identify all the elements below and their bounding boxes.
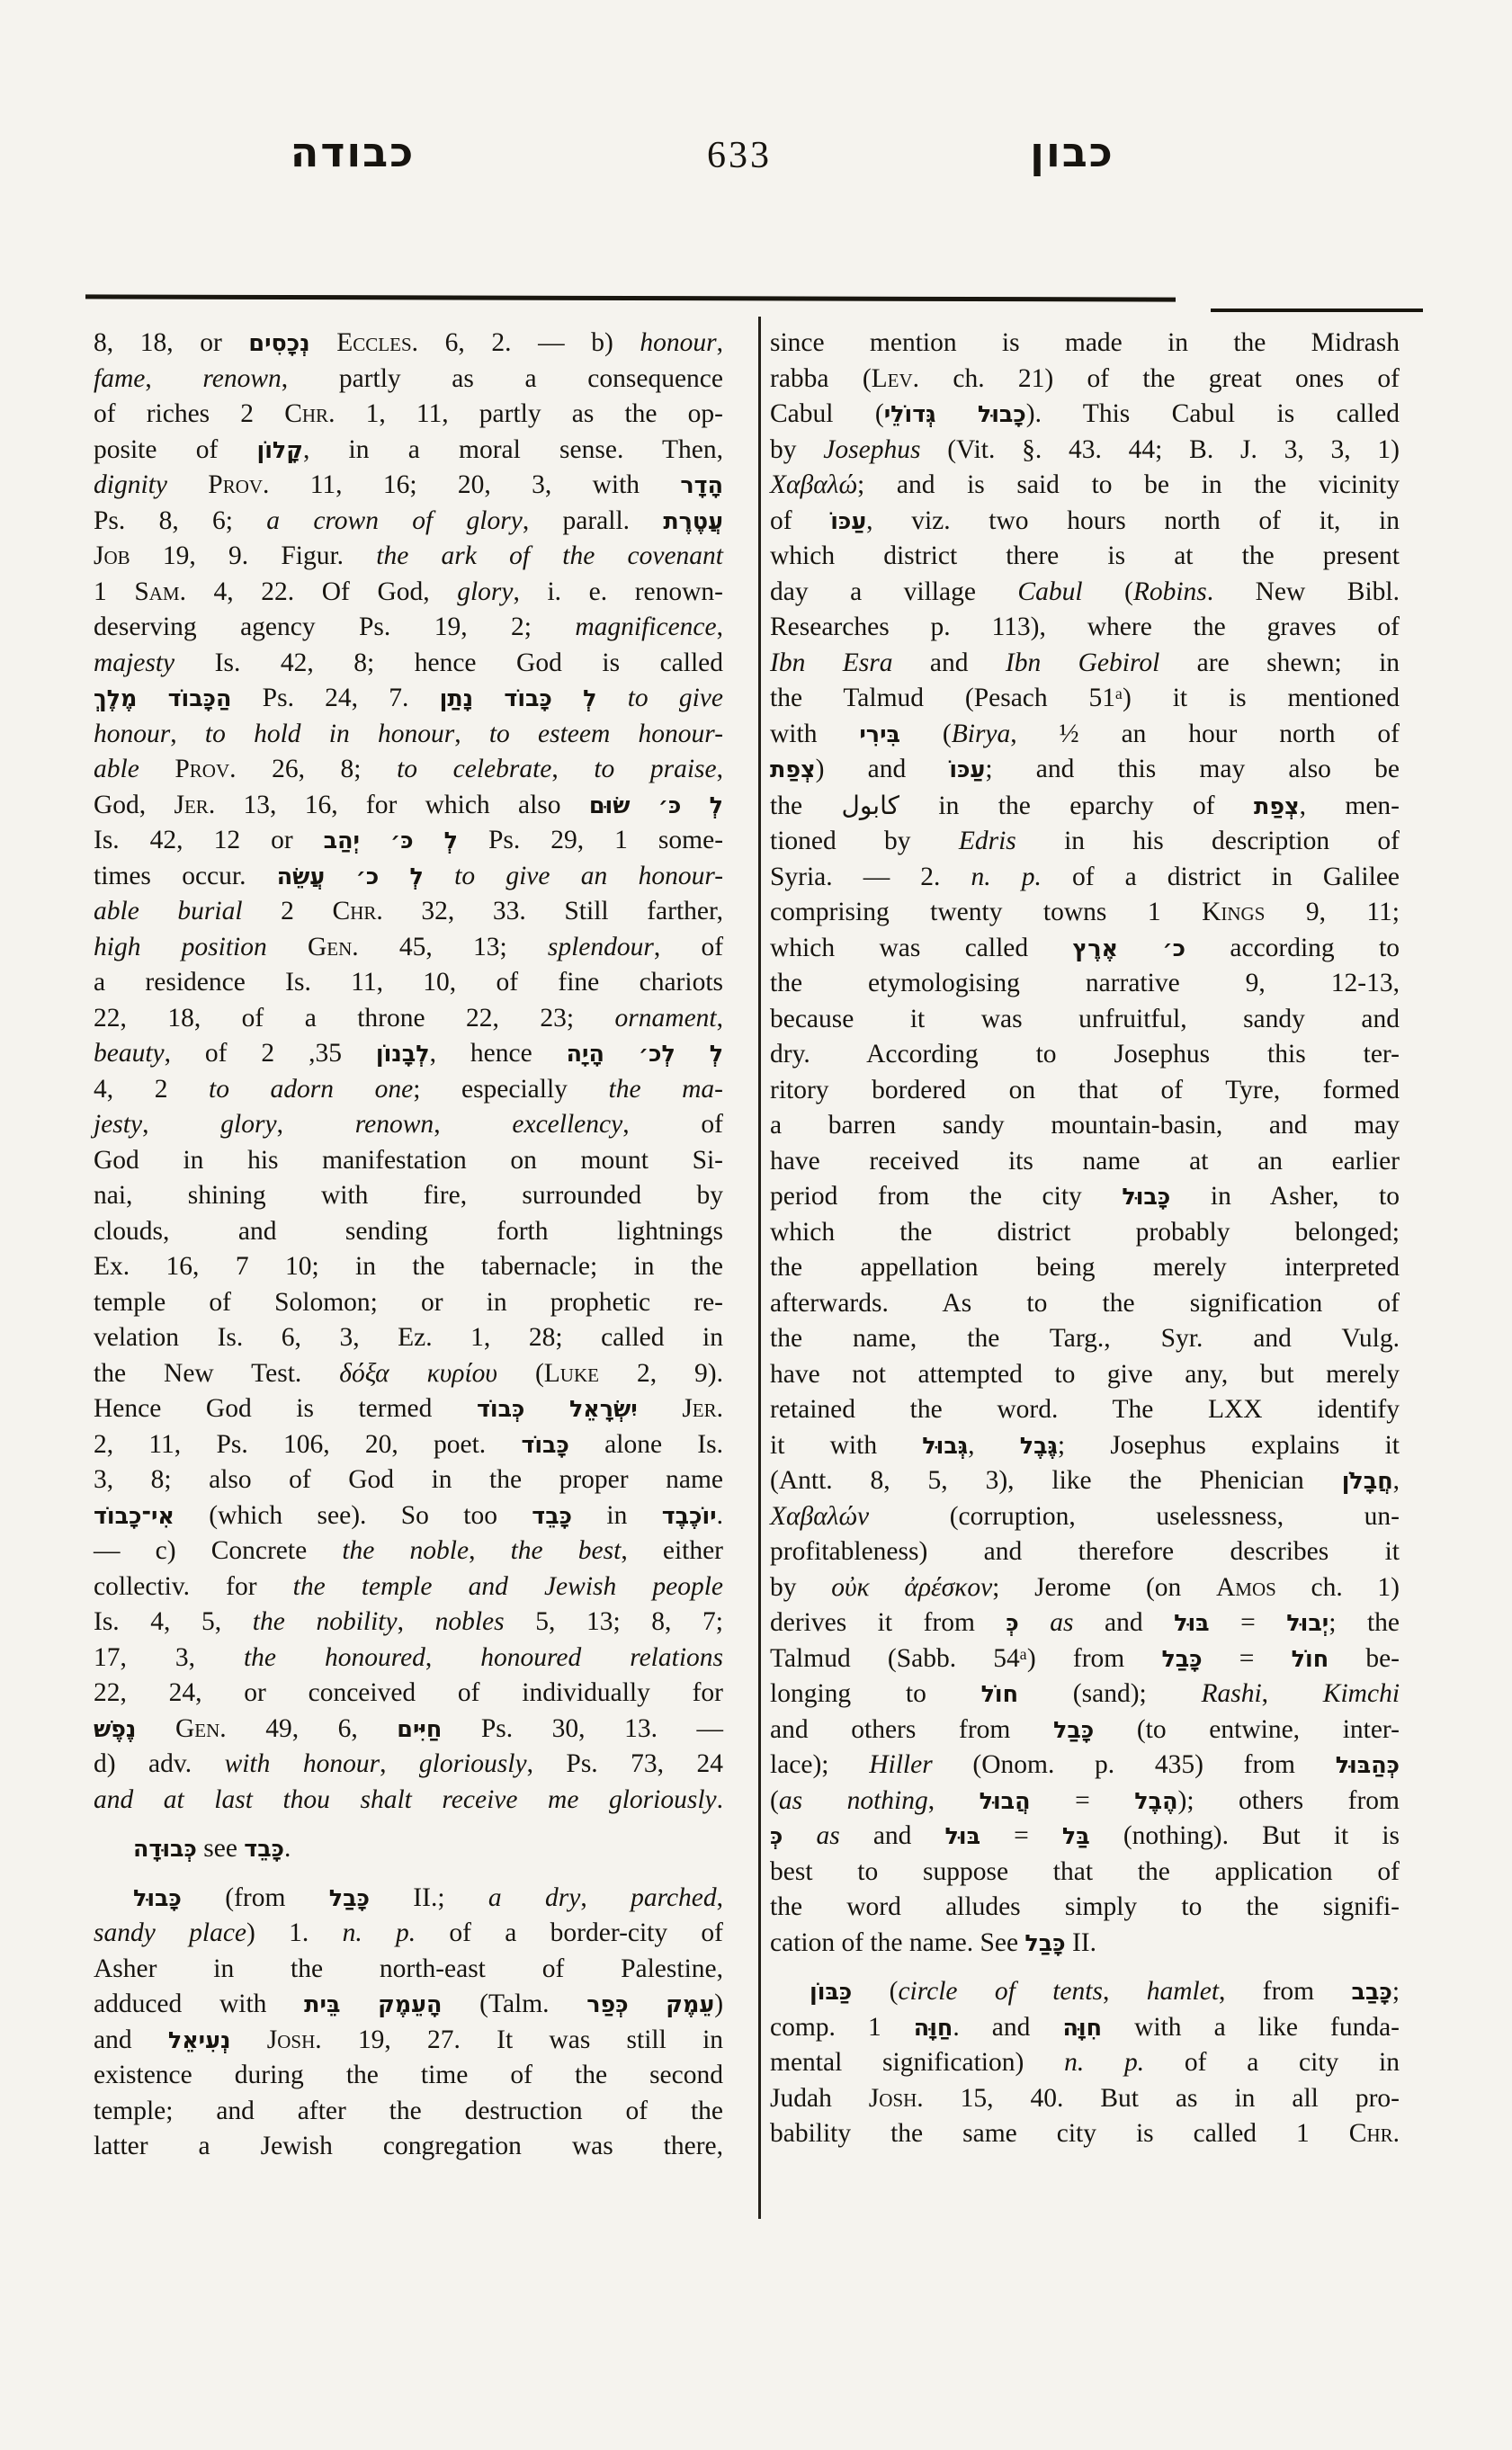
hebrew-text: עַכּוֹ bbox=[830, 507, 866, 534]
arabic-text: كابول bbox=[841, 791, 899, 820]
hebrew-text: כָּבֵד bbox=[532, 1502, 572, 1529]
text-line: comprising twenty towns 1 Kings 9, 11; bbox=[770, 895, 1400, 931]
hebrew-text: מֶלֶךְ bbox=[94, 684, 137, 711]
text-line: which the district probably belonged; bbox=[770, 1215, 1400, 1251]
text-line: by Josephus (Vit. §. 43. 44; B. J. 3, 3,… bbox=[770, 433, 1400, 469]
text-line: lace); Hiller (Onom. p. 435) from כְּהַב… bbox=[770, 1748, 1400, 1784]
text-line: able burial 2 Chr. 32, 33. Still farther… bbox=[94, 894, 723, 930]
text-line: 22, 24, or conceived of individually for bbox=[94, 1676, 723, 1712]
text-line: Syria. — 2. n. p. of a district in Galil… bbox=[770, 860, 1400, 896]
text-line: the etymologising narrative 9, 12-13, bbox=[770, 966, 1400, 1002]
hebrew-text: עֲשֵׂה bbox=[277, 863, 326, 890]
hebrew-text: כָּבַב bbox=[1352, 1978, 1392, 2005]
text-line: the Talmud (Pesach 51ᵃ) it is mentioned bbox=[770, 681, 1400, 717]
hebrew-text: לְ bbox=[409, 863, 423, 890]
hebrew-text: חִוָּה bbox=[1062, 2014, 1102, 2041]
text-line: dignity Prov. 11, 16; 20, 3, with הָדָר bbox=[94, 468, 723, 504]
hebrew-text: הֲבוּל bbox=[980, 1787, 1031, 1814]
text-line: the كابول in the eparchy of צְפַת, men- bbox=[770, 788, 1400, 825]
hebrew-text: חֲבָלֹן bbox=[1342, 1467, 1393, 1494]
text-line: which was called אֶרֶץ‎ כ׳ according to bbox=[770, 931, 1400, 967]
text-line: sandy place) 1. n. p. of a border-city o… bbox=[94, 1916, 723, 1952]
text-line: bability the same city is called 1 Chr. bbox=[770, 2116, 1400, 2152]
text-line: with בִּירִי (Birya, ½ an hour north of bbox=[770, 717, 1400, 753]
text-line: 4, 2 to adorn one; especially the ma- bbox=[94, 1072, 723, 1108]
header-catchword-right: כבון bbox=[1030, 131, 1114, 173]
paragraph: כְּבוּדָה see כָּבֵד. bbox=[94, 1831, 723, 1867]
hebrew-text: כָּבוֹד bbox=[521, 1431, 568, 1458]
text-line: Judah Josh. 15, 40. But as in all pro- bbox=[770, 2081, 1400, 2117]
text-line: deserving agency Ps. 19, 2; magnificence… bbox=[94, 610, 723, 646]
text-line: God in his manifestation on mount Si- bbox=[94, 1143, 723, 1179]
text-line: מֶלֶךְ‎ הַכָּבוֹד Ps. 24, 7. נָתַן‎ כָּב… bbox=[94, 681, 723, 717]
hebrew-text: נְעִיאֵל bbox=[168, 2026, 231, 2053]
text-line: נֶפֶשׁ Gen. 49, 6, חַיִּים Ps. 30, 13. — bbox=[94, 1712, 723, 1748]
lexicon-page: כבודה 633 כבון 8, 18, or נְכָסִים Eccles… bbox=[0, 0, 1512, 2450]
text-line: tioned by Edris in his description of bbox=[770, 824, 1400, 860]
text-line: Cabul (גְּדוֹלֵי‎ כָבוּל). This Cabul is… bbox=[770, 397, 1400, 433]
text-line: 1 Sam. 4, 22. Of God, glory, i. e. renow… bbox=[94, 575, 723, 611]
text-line: retained the word. The LXX identify bbox=[770, 1392, 1400, 1428]
text-line: אִי־כָבוֹד (which see). So too כָּבֵד in… bbox=[94, 1498, 723, 1534]
text-line: Hence God is termed כְּבוֹד‎ יִשְׂרָאֵל … bbox=[94, 1391, 723, 1427]
text-line: high position Gen. 45, 13; splendour, of bbox=[94, 930, 723, 966]
hebrew-text: קָלוֹן bbox=[257, 436, 303, 463]
text-line: Χαβαλών (corruption, uselessness, un- bbox=[770, 1499, 1400, 1535]
text-line: best to suppose that the application of bbox=[770, 1855, 1400, 1891]
text-line: temple; and after the destruction of the bbox=[94, 2094, 723, 2130]
hebrew-text: יוֹכֶבֶד bbox=[662, 1502, 717, 1529]
hebrew-text: בּוּל bbox=[945, 1822, 981, 1849]
hebrew-text: חוֹל bbox=[981, 1680, 1018, 1707]
hebrew-text: גֶּבֶל bbox=[1020, 1432, 1058, 1459]
hebrew-text: כְּבוּדָה bbox=[133, 1835, 197, 1862]
hebrew-text: חוֹל bbox=[1292, 1645, 1329, 1672]
text-line: which district there is at the present bbox=[770, 539, 1400, 575]
text-line: adduced with בֵּית‎ הָעֵמֶק (Talm. כְּפַ… bbox=[94, 1987, 723, 2023]
hebrew-text: לְ bbox=[710, 1040, 723, 1067]
hebrew-text: יִשְׂרָאֵל bbox=[569, 1395, 638, 1422]
hebrew-text: כְּ bbox=[770, 1822, 783, 1849]
text-line: and others from כָּבַל (to entwine, inte… bbox=[770, 1712, 1400, 1748]
text-line: period from the city כָּבוּל in Asher, t… bbox=[770, 1179, 1400, 1215]
text-line: derives it from כְּ as and בּוּל ‎=‎ יְב… bbox=[770, 1605, 1400, 1641]
hebrew-text: יְהַב bbox=[324, 827, 360, 854]
text-line: a residence Is. 11, 10, of fine chariots bbox=[94, 965, 723, 1001]
hebrew-text: כָבוּל bbox=[978, 400, 1026, 427]
hebrew-text: כּ׳ bbox=[658, 791, 682, 818]
hebrew-text: כָּבַל bbox=[1053, 1716, 1094, 1743]
text-line: Is. 4, 5, the nobility, nobles 5, 13; 8,… bbox=[94, 1605, 723, 1641]
hebrew-text: אִי־כָבוֹד bbox=[94, 1502, 174, 1529]
hebrew-text: לְ bbox=[583, 684, 596, 711]
text-line: and נְעִיאֵל Josh. 19, 27. It was still … bbox=[94, 2023, 723, 2059]
page-number: 633 bbox=[707, 137, 772, 174]
hebrew-text: לְ bbox=[444, 827, 458, 854]
hebrew-text: כ׳ bbox=[356, 863, 380, 890]
text-line: posite of קָלוֹן, in a moral sense. Then… bbox=[94, 433, 723, 469]
hebrew-text: כָּבוֹד bbox=[504, 684, 551, 711]
hebrew-text: הָדָר bbox=[680, 471, 723, 498]
paragraph: כָּבוּל (from כָּבַל II.; a dry, parched… bbox=[94, 1881, 723, 2165]
text-line: and at last thou shalt receive me glorio… bbox=[94, 1783, 723, 1819]
text-line: Ibn Esra and Ibn Gebirol are shewn; in bbox=[770, 646, 1400, 682]
hebrew-text: כָּבֵד bbox=[244, 1835, 284, 1862]
text-line: because it was unfruitful, sandy and bbox=[770, 1002, 1400, 1038]
left-column: 8, 18, or נְכָסִים Eccles. 6, 2. — b) ho… bbox=[94, 326, 723, 2165]
hebrew-text: נָתַן bbox=[440, 684, 474, 711]
text-line: mental signification) n. p. of a city in bbox=[770, 2045, 1400, 2081]
paragraph: כַּבּוֹן (circle of tents, hamlet, from … bbox=[770, 1974, 1400, 2152]
hebrew-text: צְפַת bbox=[770, 756, 816, 782]
text-line: כַּבּוֹן (circle of tents, hamlet, from … bbox=[770, 1974, 1400, 2010]
text-line: have received its name at an earlier bbox=[770, 1144, 1400, 1180]
hebrew-text: בַּל bbox=[1062, 1822, 1090, 1849]
text-line: afterwards. As to the signification of bbox=[770, 1286, 1400, 1322]
hebrew-text: לְ bbox=[710, 791, 723, 818]
hebrew-text: כָּבַל bbox=[329, 1884, 370, 1911]
text-line: 22, 18, of a throne 22, 23; ornament, bbox=[94, 1001, 723, 1037]
hebrew-text: כָּבוּל bbox=[133, 1884, 182, 1911]
text-line: cation of the name. See כָּבַל II. bbox=[770, 1926, 1400, 1962]
text-line: כְּבוּדָה see כָּבֵד. bbox=[94, 1831, 723, 1867]
text-line: צְפַת) and עַכּוֹ; and this may also be bbox=[770, 752, 1400, 788]
hebrew-text: צְפַת bbox=[1254, 792, 1300, 819]
text-line: dry. According to Josephus this ter- bbox=[770, 1037, 1400, 1073]
text-line: Job 19, 9. Figur. the ark of the covenan… bbox=[94, 539, 723, 575]
text-line: d) adv. with honour, gloriously, Ps. 73,… bbox=[94, 1747, 723, 1783]
hebrew-text: שׂוּם bbox=[589, 791, 631, 818]
hebrew-text: בִּירִי bbox=[859, 720, 900, 747]
hebrew-text: כַּבּוֹן bbox=[810, 1978, 852, 2005]
hebrew-text: בּוּל bbox=[1174, 1609, 1210, 1636]
text-line: by οὐκ ἀρέσκον; Jerome (on Amos ch. 1) bbox=[770, 1570, 1400, 1606]
text-line: day a village Cabul (Robins. New Bibl. bbox=[770, 575, 1400, 611]
hebrew-text: עֵמֶק bbox=[666, 1990, 714, 2017]
paragraph: 8, 18, or נְכָסִים Eccles. 6, 2. — b) ho… bbox=[94, 326, 723, 1818]
text-line: clouds, and sending forth lightnings bbox=[94, 1214, 723, 1250]
text-line: Researches p. 113), where the graves of bbox=[770, 610, 1400, 646]
text-line: Χαβαλώ; and is said to be in the vicinit… bbox=[770, 468, 1400, 504]
text-line: profitableness) and therefore describes … bbox=[770, 1534, 1400, 1570]
hebrew-text: חַוָּה bbox=[914, 2014, 953, 2041]
hebrew-text: כָּבוּל bbox=[1122, 1183, 1170, 1210]
text-line: כְּ as and בּוּל ‎=‎ בַּל (nothing). But… bbox=[770, 1819, 1400, 1855]
text-line: כָּבוּל (from כָּבַל II.; a dry, parched… bbox=[94, 1881, 723, 1917]
hebrew-text: גְּבוּל bbox=[922, 1432, 968, 1459]
text-line: Is. 42, 12 or יְהַב‎ כּ׳‎ לְ Ps. 29, 1 s… bbox=[94, 823, 723, 859]
text-line: times occur. עֲשֵׂה‎ כ׳‎ לְ to give an h… bbox=[94, 859, 723, 895]
text-line: the appellation being merely interpreted bbox=[770, 1250, 1400, 1286]
hebrew-text: עֲטֶרֶת bbox=[663, 507, 723, 534]
hebrew-text: הֶבֶל bbox=[1134, 1787, 1177, 1814]
header-rule-right bbox=[1211, 308, 1423, 312]
text-line: beauty, of לְבָנוֹן 35, 2, hence הָיָה‎ … bbox=[94, 1036, 723, 1072]
text-line: collectiv. for the temple and Jewish peo… bbox=[94, 1569, 723, 1605]
text-line: jesty, glory, renown, excellency, of bbox=[94, 1107, 723, 1143]
hebrew-text: כָּבַל bbox=[1024, 1929, 1065, 1956]
text-line: majesty Is. 42, 8; hence God is called bbox=[94, 646, 723, 682]
text-line: of עַכּוֹ, viz. two hours north of it, i… bbox=[770, 504, 1400, 540]
text-line: it with גְּבוּל,‎ גֶּבֶל; Josephus expla… bbox=[770, 1428, 1400, 1464]
hebrew-text: כָּבַל bbox=[1161, 1645, 1202, 1672]
text-line: the New Test. δόξα κυρίου (Luke 2, 9). bbox=[94, 1356, 723, 1392]
text-line: Ps. 8, 6; a crown of glory, parall. עֲטֶ… bbox=[94, 504, 723, 540]
paragraph: since mention is made in the Midrashrabb… bbox=[770, 326, 1400, 1961]
header-rule-left bbox=[85, 294, 1176, 301]
text-line: — c) Concrete the noble, the best, eithe… bbox=[94, 1533, 723, 1569]
text-line: existence during the time of the second bbox=[94, 2058, 723, 2094]
hebrew-text: נְכָסִים bbox=[248, 329, 309, 356]
text-line: 17, 3, the honoured, honoured relations bbox=[94, 1641, 723, 1677]
hebrew-text: כְּ bbox=[1006, 1609, 1018, 1636]
text-line: fame, renown, partly as a consequence bbox=[94, 362, 723, 398]
hebrew-text: הָיָה bbox=[567, 1040, 604, 1067]
text-line: 8, 18, or נְכָסִים Eccles. 6, 2. — b) ho… bbox=[94, 326, 723, 362]
text-line: 2, 11, Ps. 106, 20, poet. כָּבוֹד alone … bbox=[94, 1427, 723, 1463]
text-line: of riches 2 Chr. 1, 11, partly as the op… bbox=[94, 397, 723, 433]
hebrew-text: לְכ׳ bbox=[639, 1040, 675, 1067]
text-line: a barren sandy mountain-basin, and may bbox=[770, 1108, 1400, 1144]
column-divider bbox=[758, 317, 761, 2219]
hebrew-text: כ׳ bbox=[1162, 934, 1185, 961]
hebrew-text: הָעֵמֶק bbox=[378, 1990, 442, 2017]
text-line: the word alludes simply to the signifi- bbox=[770, 1890, 1400, 1926]
hebrew-text: כּ׳ bbox=[390, 827, 414, 854]
hebrew-text: יְבוּל bbox=[1286, 1609, 1329, 1636]
text-line: (as nothing, הֲבוּל ‎=‎ הֶבֶל); others f… bbox=[770, 1784, 1400, 1820]
text-line: 3, 8; also of God in the proper name bbox=[94, 1462, 723, 1498]
text-line: Talmud (Sabb. 54ᵃ) from כָּבַל ‎=‎ חוֹל … bbox=[770, 1641, 1400, 1677]
text-line: God, Jer. 13, 16, for which also שׂוּם‎ … bbox=[94, 788, 723, 824]
text-line: rabba (Lev. ch. 21) of the great ones of bbox=[770, 362, 1400, 398]
hebrew-text: אֶרֶץ bbox=[1073, 934, 1119, 961]
text-line: have not attempted to give any, but mere… bbox=[770, 1357, 1400, 1393]
text-line: velation Is. 6, 3, Ez. 1, 28; called in bbox=[94, 1320, 723, 1356]
right-column: since mention is made in the Midrashrabb… bbox=[770, 326, 1400, 2152]
hebrew-text: נֶפֶשׁ bbox=[94, 1715, 136, 1742]
hebrew-text: גְּדוֹלֵי bbox=[884, 400, 936, 427]
text-line: able Prov. 26, 8; to celebrate, to prais… bbox=[94, 752, 723, 788]
text-line: temple of Solomon; or in prophetic re- bbox=[94, 1285, 723, 1321]
text-line: comp. חַוָּה 1. and חִוָּה with a like f… bbox=[770, 2010, 1400, 2046]
header-catchword-left: כבודה bbox=[291, 131, 416, 173]
text-line: nai, shining with fire, surrounded by bbox=[94, 1178, 723, 1214]
hebrew-text: כְּבוֹד bbox=[477, 1395, 524, 1422]
hebrew-text: כְּפַר bbox=[586, 1990, 628, 2017]
hebrew-text: עַכּוֹ bbox=[949, 756, 985, 782]
hebrew-text: כְּהַבּוּל bbox=[1336, 1751, 1400, 1778]
text-line: (Antt. 8, 5, 3), like the Phenician חֲבָ… bbox=[770, 1463, 1400, 1499]
hebrew-text: בֵּית bbox=[304, 1990, 340, 2017]
text-line: longing to חוֹל (sand); Rashi, Kimchi bbox=[770, 1677, 1400, 1712]
text-line: ritory bordered on that of Tyre, formed bbox=[770, 1073, 1400, 1109]
text-line: Asher in the north-east of Palestine, bbox=[94, 1952, 723, 1988]
text-line: latter a Jewish congregation was there, bbox=[94, 2129, 723, 2165]
text-line: since mention is made in the Midrash bbox=[770, 326, 1400, 362]
hebrew-text: הַכָּבוֹד bbox=[168, 684, 232, 711]
text-line: Ex. 16, 7 10; in the tabernacle; in the bbox=[94, 1249, 723, 1285]
hebrew-text: חַיִּים bbox=[397, 1715, 442, 1742]
text-line: honour, to hold in honour, to esteem hon… bbox=[94, 717, 723, 753]
hebrew-text: לְבָנוֹן bbox=[376, 1040, 430, 1067]
text-line: the name, the Targ., Syr. and Vulg. bbox=[770, 1321, 1400, 1357]
